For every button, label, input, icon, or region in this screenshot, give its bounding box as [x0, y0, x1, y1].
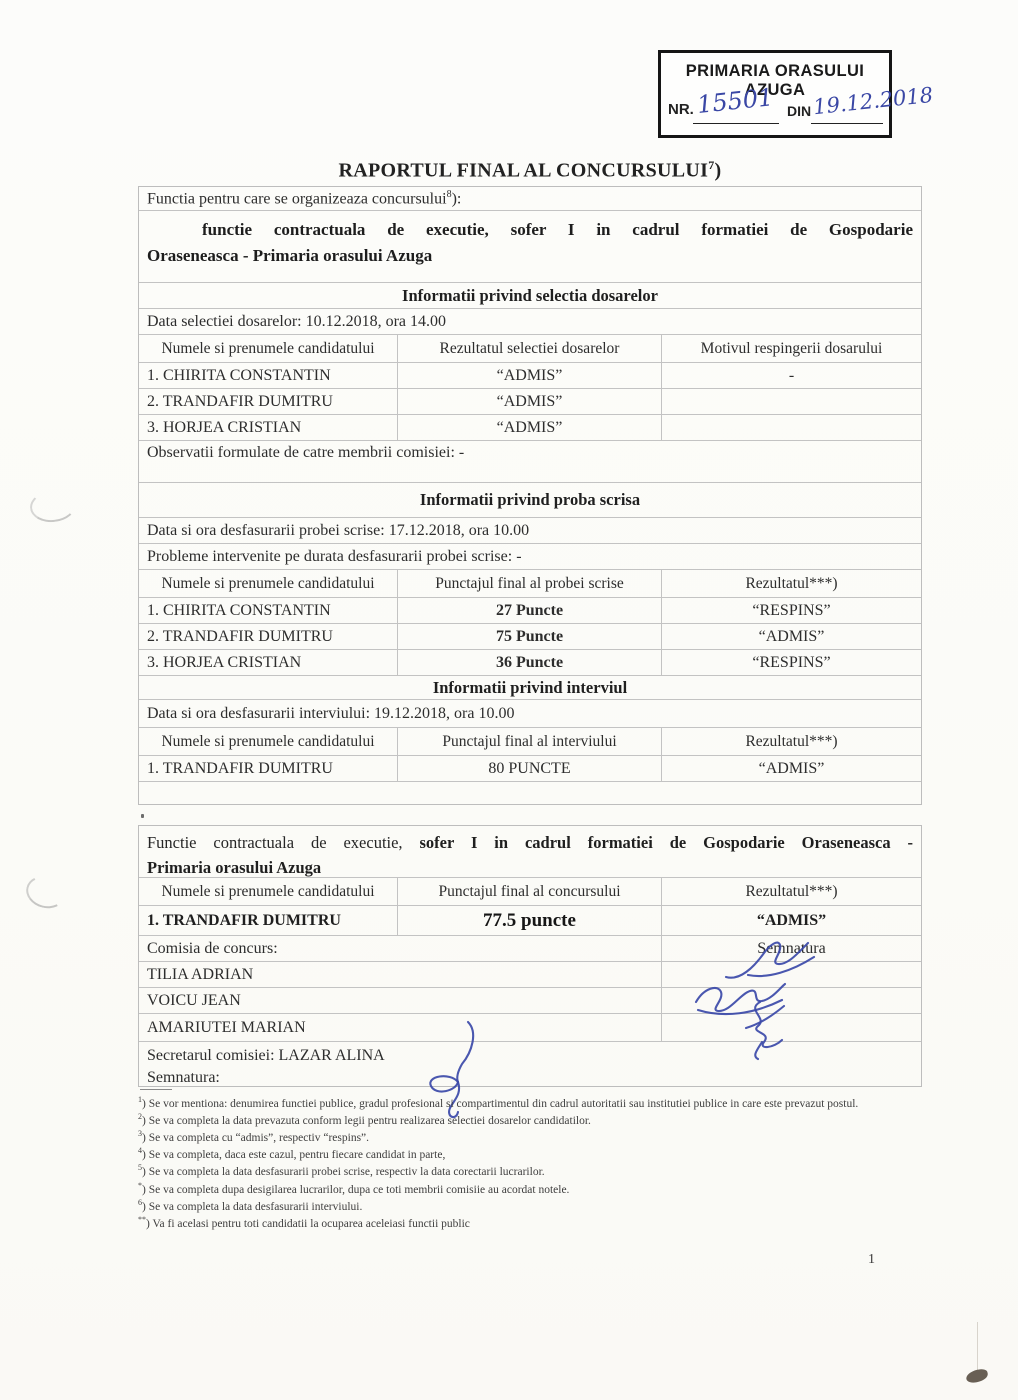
- title-text: RAPORTUL FINAL AL CONCURSULUI: [338, 160, 708, 182]
- page-number: 1: [868, 1252, 875, 1268]
- interview-table-header: Numele si prenumele candidatului Punctaj…: [139, 728, 921, 756]
- selection-result: “ADMIS”: [398, 363, 662, 388]
- written-result: “RESPINS”: [662, 598, 921, 623]
- final-result-row: 1. TRANDAFIR DUMITRU 77.5 puncte “ADMIS”: [139, 906, 921, 936]
- column-header: Rezultatul***): [662, 570, 921, 597]
- final-score: 77.5 puncte: [398, 906, 662, 935]
- column-header: Motivul respingerii dosarului: [662, 335, 921, 362]
- candidate-name: 1. CHIRITA CONSTANTIN: [139, 363, 398, 388]
- stamp-underline: [693, 123, 779, 124]
- table-row: 1. CHIRITA CONSTANTIN “ADMIS” -: [139, 363, 921, 389]
- function-label-row: Functia pentru care se organizeaza concu…: [139, 187, 921, 211]
- commission-member-name: VOICU JEAN: [139, 988, 662, 1013]
- document-title: RAPORTUL FINAL AL CONCURSULUI7): [138, 158, 922, 183]
- final-function-description: Functie contractuala de executie, sofer …: [139, 826, 921, 881]
- candidate-name: 1. TRANDAFIR DUMITRU: [139, 906, 398, 935]
- scan-artifact-line: [977, 1322, 978, 1370]
- footnote: *) Se va completa dupa desigilarea lucra…: [138, 1181, 928, 1198]
- title-close: ): [715, 160, 722, 182]
- scan-artifact-curve: [28, 488, 77, 525]
- footnote: 1) Se vor mentiona: denumirea functiei p…: [138, 1095, 928, 1112]
- selection-table-header: Numele si prenumele candidatului Rezulta…: [139, 335, 921, 363]
- empty-row: [139, 782, 921, 804]
- function-label: Functia pentru care se organizeaza concu…: [139, 187, 921, 210]
- table-row: 1. CHIRITA CONSTANTIN 27 Puncte “RESPINS…: [139, 598, 921, 624]
- table-row: 3. HORJEA CRISTIAN 36 Puncte “RESPINS”: [139, 650, 921, 676]
- table-row: 2. TRANDAFIR DUMITRU 75 Puncte “ADMIS”: [139, 624, 921, 650]
- candidate-name: 2. TRANDAFIR DUMITRU: [139, 624, 398, 649]
- written-table-header: Numele si prenumele candidatului Punctaj…: [139, 570, 921, 598]
- commission-member-name: AMARIUTEI MARIAN: [139, 1014, 662, 1041]
- written-date-row: Data si ora desfasurarii probei scrise: …: [139, 518, 921, 544]
- commission-member-row: TILIA ADRIAN: [139, 962, 921, 988]
- written-score: 27 Puncte: [398, 598, 662, 623]
- candidate-name: 3. HORJEA CRISTIAN: [139, 415, 398, 440]
- function-description: functie contractuala de executie, sofer …: [139, 211, 921, 270]
- selection-section-header: Informatii privind selectia dosarelor: [139, 283, 921, 308]
- written-problems-row: Probleme intervenite pe durata desfasura…: [139, 544, 921, 570]
- candidate-name: 2. TRANDAFIR DUMITRU: [139, 389, 398, 414]
- secretary-row: Secretarul comisiei: LAZAR ALINA Semnatu…: [139, 1042, 921, 1086]
- scanned-document-page: PRIMARIA ORASULUI AZUGA NR. 15501 DIN 19…: [0, 0, 1018, 1400]
- function-description-row: functie contractuala de executie, sofer …: [139, 211, 921, 283]
- column-header: Rezultatul***): [662, 728, 921, 755]
- interview-date: Data si ora desfasurarii interviului: 19…: [139, 700, 921, 727]
- commission-label: Comisia de concurs:: [139, 936, 662, 961]
- column-header: Rezultatul selectiei dosarelor: [398, 335, 662, 362]
- column-header: Punctajul final al interviului: [398, 728, 662, 755]
- footnotes: 1) Se vor mentiona: denumirea functiei p…: [138, 1095, 928, 1232]
- column-header: Punctajul final al concursului: [398, 878, 662, 905]
- interview-date-row: Data si ora desfasurarii interviului: 19…: [139, 700, 921, 728]
- written-score: 75 Puncte: [398, 624, 662, 649]
- written-score: 36 Puncte: [398, 650, 662, 675]
- footnote: 4) Se va completa, daca este cazul, pent…: [138, 1146, 928, 1163]
- signature-column-header: Semnatura: [662, 936, 921, 961]
- interview-result: “ADMIS”: [662, 756, 921, 781]
- column-header: Numele si prenumele candidatului: [139, 728, 398, 755]
- signature-cell: [662, 1014, 921, 1041]
- stamp-underline: [811, 123, 883, 124]
- written-section-header: Informatii privind proba scrisa: [139, 486, 921, 517]
- footnote-separator: [140, 1089, 172, 1090]
- footnote: 5) Se va completa la data desfasurarii p…: [138, 1163, 928, 1180]
- candidate-name: 1. CHIRITA CONSTANTIN: [139, 598, 398, 623]
- final-function-row: Functie contractuala de executie, sofer …: [139, 826, 921, 878]
- footnote: 2) Se va completa la data prevazuta conf…: [138, 1112, 928, 1129]
- footnote: **) Va fi acelasi pentru toti candidatii…: [138, 1215, 928, 1232]
- signature-cell: [662, 988, 921, 1013]
- interview-section-header-row: Informatii privind interviul: [139, 676, 921, 700]
- candidate-name: 1. TRANDAFIR DUMITRU: [139, 756, 398, 781]
- rejection-reason: -: [662, 363, 921, 388]
- written-result: “RESPINS”: [662, 650, 921, 675]
- column-header: Numele si prenumele candidatului: [139, 335, 398, 362]
- commission-member-name: TILIA ADRIAN: [139, 962, 662, 987]
- column-header: Numele si prenumele candidatului: [139, 878, 398, 905]
- selection-section-header-row: Informatii privind selectia dosarelor: [139, 283, 921, 309]
- final-result: “ADMIS”: [662, 906, 921, 935]
- selection-result: “ADMIS”: [398, 389, 662, 414]
- final-function-bold-line2: Primaria orasului Azuga: [147, 856, 913, 881]
- written-date: Data si ora desfasurarii probei scrise: …: [139, 518, 921, 543]
- written-result: “ADMIS”: [662, 624, 921, 649]
- secretary-block: Secretarul comisiei: LAZAR ALINA Semnatu…: [139, 1042, 921, 1088]
- interview-section-header: Informatii privind interviul: [139, 676, 921, 699]
- commission-header-row: Comisia de concurs: Semnatura: [139, 936, 921, 962]
- selection-result: “ADMIS”: [398, 415, 662, 440]
- column-header: Numele si prenumele candidatului: [139, 570, 398, 597]
- rejection-reason: [662, 415, 921, 440]
- rejection-reason: [662, 389, 921, 414]
- written-section-header-row: Informatii privind proba scrisa: [139, 483, 921, 518]
- footnote: 6) Se va completa la data desfasurarii i…: [138, 1198, 928, 1215]
- report-table-lower: Functie contractuala de executie, sofer …: [138, 825, 922, 1087]
- table-row: 1. TRANDAFIR DUMITRU 80 PUNCTE “ADMIS”: [139, 756, 921, 782]
- column-header: Rezultatul***): [662, 878, 921, 905]
- final-function-bold: sofer I in cadrul formatiei de Gospodari…: [420, 833, 914, 852]
- secretary-name: Secretarul comisiei: LAZAR ALINA: [147, 1045, 913, 1067]
- final-function-regular: Functie contractuala de executie,: [147, 833, 403, 852]
- interview-score: 80 PUNCTE: [398, 756, 662, 781]
- commission-member-row: VOICU JEAN: [139, 988, 921, 1014]
- selection-date: Data selectiei dosarelor: 10.12.2018, or…: [139, 309, 921, 334]
- observations: Observatii formulate de catre membrii co…: [139, 444, 921, 482]
- footnote: 3) Se va completa cu “admis”, respectiv …: [138, 1129, 928, 1146]
- written-problems: Probleme intervenite pe durata desfasura…: [139, 544, 921, 569]
- scan-artifact-curve: [23, 872, 70, 913]
- candidate-name: 3. HORJEA CRISTIAN: [139, 650, 398, 675]
- observations-row: Observatii formulate de catre membrii co…: [139, 441, 921, 483]
- signature-cell: [662, 962, 921, 987]
- scan-artifact-smudge: [965, 1368, 989, 1384]
- column-header: Punctajul final al probei scrise: [398, 570, 662, 597]
- report-table-upper: Functia pentru care se organizeaza concu…: [138, 186, 922, 805]
- commission-member-row: AMARIUTEI MARIAN: [139, 1014, 921, 1042]
- secretary-signature-label: Semnatura:: [147, 1067, 913, 1089]
- table-row: 3. HORJEA CRISTIAN “ADMIS”: [139, 415, 921, 441]
- registration-stamp: PRIMARIA ORASULUI AZUGA NR. 15501 DIN 19…: [658, 50, 892, 138]
- stamp-din-label: DIN: [787, 103, 811, 119]
- final-table-header: Numele si prenumele candidatului Punctaj…: [139, 878, 921, 906]
- table-row: 2. TRANDAFIR DUMITRU “ADMIS”: [139, 389, 921, 415]
- selection-date-row: Data selectiei dosarelor: 10.12.2018, or…: [139, 309, 921, 335]
- stamp-nr-label: NR.: [668, 101, 694, 118]
- scan-artifact-dot: [141, 814, 144, 818]
